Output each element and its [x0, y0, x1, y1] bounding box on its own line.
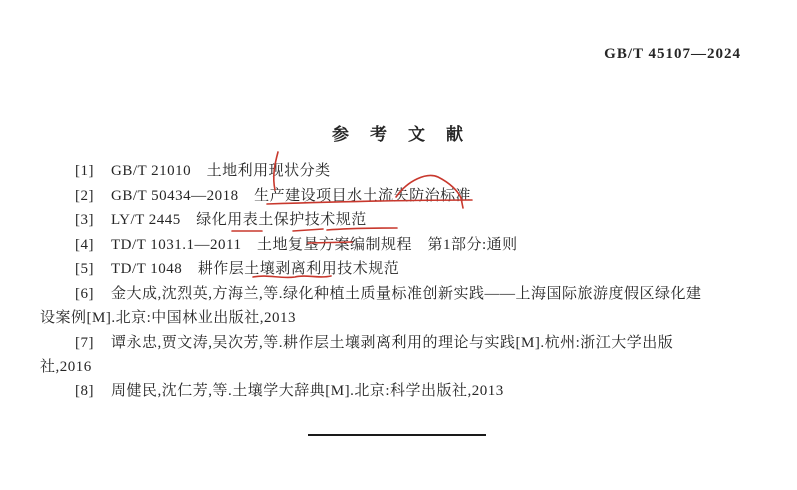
reference-text: TD/T 1031.1—2011 土地复垦方案编制规程 第1部分:通则 — [111, 237, 518, 253]
reference-first-line: [6]金大成,沈烈英,方海兰,等.绿化种植土质量标准创新实践——上海国际旅游度假… — [75, 285, 702, 303]
references-title: 参 考 文 献 — [0, 120, 797, 145]
reference-first-line: [4]TD/T 1031.1—2011 土地复垦方案编制规程 第1部分:通则 — [75, 236, 518, 254]
document-page: GB/T 45107—2024 参 考 文 献 [1]GB/T 21010 土地… — [0, 0, 797, 490]
reference-continuation-line: 设案例[M].北京:中国林业出版社,2013 — [40, 309, 296, 327]
reference-first-line: [8]周健民,沈仁芳,等.土壤学大辞典[M].北京:科学出版社,2013 — [75, 382, 504, 400]
reference-number: [1] — [75, 163, 94, 179]
reference-continuation-line: 社,2016 — [40, 358, 92, 376]
reference-number: [7] — [75, 335, 94, 351]
red-underline-annotation-ref3-b — [293, 229, 323, 231]
reference-text: 金大成,沈烈英,方海兰,等.绿化种植土质量标准创新实践——上海国际旅游度假区绿化… — [111, 286, 702, 302]
reference-first-line: [5]TD/T 1048 耕作层土壤剥离利用技术规范 — [75, 260, 399, 278]
reference-first-line: [2]GB/T 50434—2018 生产建设项目水土流失防治标准 — [75, 187, 471, 205]
reference-text: LY/T 2445 绿化用表土保护技术规范 — [111, 212, 367, 228]
reference-number: [4] — [75, 237, 94, 253]
reference-number: [6] — [75, 286, 94, 302]
reference-text: 谭永忠,贾文涛,吴次芳,等.耕作层土壤剥离利用的理论与实践[M].杭州:浙江大学… — [111, 335, 673, 351]
reference-text: GB/T 21010 土地利用现状分类 — [111, 163, 331, 179]
reference-number: [2] — [75, 188, 94, 204]
reference-first-line: [3]LY/T 2445 绿化用表土保护技术规范 — [75, 211, 367, 229]
reference-text: 设案例[M].北京:中国林业出版社,2013 — [40, 310, 296, 326]
reference-text: 周健民,沈仁芳,等.土壤学大辞典[M].北京:科学出版社,2013 — [111, 383, 504, 399]
footnote-rule — [308, 434, 486, 436]
reference-number: [8] — [75, 383, 94, 399]
standard-code-header: GB/T 45107—2024 — [604, 46, 741, 63]
reference-text: GB/T 50434—2018 生产建设项目水土流失防治标准 — [111, 188, 471, 204]
reference-first-line: [7]谭永忠,贾文涛,吴次芳,等.耕作层土壤剥离利用的理论与实践[M].杭州:浙… — [75, 334, 673, 352]
reference-first-line: [1]GB/T 21010 土地利用现状分类 — [75, 162, 331, 180]
reference-text: 社,2016 — [40, 359, 92, 375]
reference-text: TD/T 1048 耕作层土壤剥离利用技术规范 — [111, 261, 399, 277]
reference-number: [3] — [75, 212, 94, 228]
reference-number: [5] — [75, 261, 94, 277]
